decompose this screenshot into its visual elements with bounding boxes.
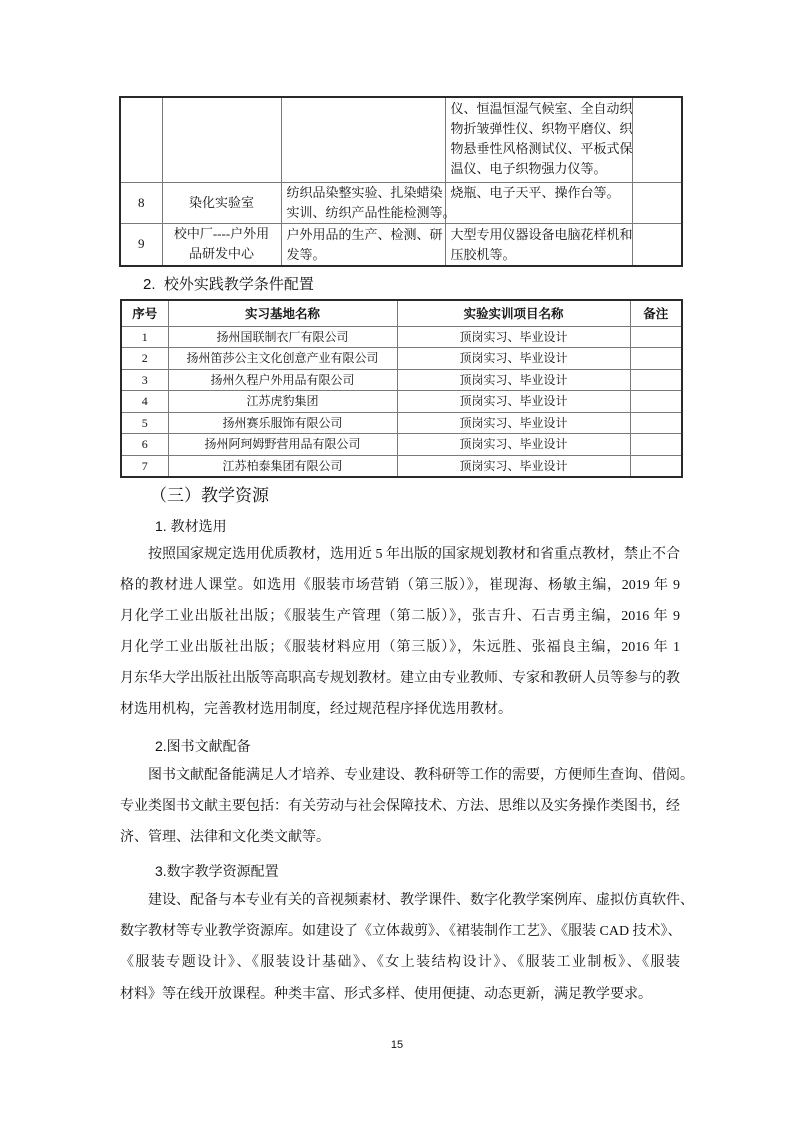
equipment-list: 大型专用仪器设备电脑花样机和 压胶机等。	[445, 223, 632, 266]
paragraph-line: 《服装专题设计》、《服装设计基础》、《女上装结构设计》、《服装工业制板》、《服装	[120, 947, 680, 978]
table-row: 6 扬州阿珂姆野营用品有限公司 顶岗实习、毕业设计	[121, 434, 682, 456]
note-cell	[630, 455, 682, 477]
training-project: 纺织品染整实验、扎染蜡染 实训、纺织产品性能检测等。	[281, 182, 445, 223]
note-cell	[632, 182, 682, 223]
row-number: 3	[121, 369, 168, 391]
note-cell	[630, 391, 682, 413]
note-cell	[632, 97, 682, 182]
paragraph-line: 图书文献配备能满足人才培养、专业建设、教科研等工作的需要，方便师生查询、借阅。	[148, 760, 680, 791]
table-row: 4 江苏虎豹集团 顶岗实习、毕业设计	[121, 391, 682, 413]
paragraph-line: 材料》等在线开放课程。种类丰富、形式多样、使用便捷、动态更新，满足教学要求。	[120, 979, 680, 1010]
row-number: 1	[121, 326, 168, 348]
equipment-line: 物折皱弹性仪、织物平磨仪、织	[451, 119, 627, 139]
note-cell	[630, 326, 682, 348]
table-header-row: 序号 实习基地名称 实验实训项目名称 备注	[121, 300, 682, 326]
header-base-name: 实习基地名称	[168, 300, 397, 326]
header-number: 序号	[121, 300, 168, 326]
section-heading-teaching-resources: （三）教学资源	[150, 481, 269, 506]
row-number: 7	[121, 455, 168, 477]
paragraph-line: 月化学工业出版社出版；《服装生产管理（第二版）》，张吉升、石吉勇主编，2016 …	[120, 601, 680, 632]
table-row: 3 扬州久程户外用品有限公司 顶岗实习、毕业设计	[121, 369, 682, 391]
note-cell	[632, 223, 682, 266]
equipment-list: 烧瓶、电子天平、操作台等。	[445, 182, 632, 223]
paragraph-line: 数字教材等专业教学资源库。如建设了《立体裁剪》、《裙装制作工艺》、《服装 CAD…	[120, 916, 680, 947]
lab-equipment-table: 仪、恒温恒湿气候室、全自动织 物折皱弹性仪、织物平磨仪、织 物悬垂性风格测试仪、…	[119, 96, 683, 267]
base-name: 扬州久程户外用品有限公司	[168, 369, 397, 391]
note-cell	[630, 434, 682, 456]
table-row: 9 校中厂----户外用 品研发中心 户外用品的生产、检测、研 发等。 大型专用…	[120, 223, 682, 266]
base-name: 江苏虎豹集团	[168, 391, 397, 413]
base-name: 扬州笛莎公主文化创意产业有限公司	[168, 348, 397, 370]
project-name: 顶岗实习、毕业设计	[397, 434, 630, 456]
table-row: 8 染化实验室 纺织品染整实验、扎染蜡染 实训、纺织产品性能检测等。 烧瓶、电子…	[120, 182, 682, 223]
equipment-list: 仪、恒温恒湿气候室、全自动织 物折皱弹性仪、织物平磨仪、织 物悬垂性风格测试仪、…	[445, 97, 632, 182]
note-cell	[630, 412, 682, 434]
note-cell	[630, 348, 682, 370]
project-name: 顶岗实习、毕业设计	[397, 455, 630, 477]
project-name: 顶岗实习、毕业设计	[397, 391, 630, 413]
project-name: 顶岗实习、毕业设计	[397, 412, 630, 434]
project-name: 顶岗实习、毕业设计	[397, 326, 630, 348]
base-name: 扬州阿珂姆野营用品有限公司	[168, 434, 397, 456]
row-number: 6	[121, 434, 168, 456]
row-number: 9	[120, 223, 162, 266]
table-row: 7 江苏柏泰集团有限公司 顶岗实习、毕业设计	[121, 455, 682, 477]
paragraph-line: 材选用机构，完善教材选用制度，经过规范程序择优选用教材。	[120, 694, 680, 725]
row-number	[120, 97, 162, 182]
row-number: 4	[121, 391, 168, 413]
table-row: 仪、恒温恒湿气候室、全自动织 物折皱弹性仪、织物平磨仪、织 物悬垂性风格测试仪、…	[120, 97, 682, 182]
row-number: 2	[121, 348, 168, 370]
paragraph-line: 按照国家规定选用优质教材，选用近 5 年出版的国家规划教材和省重点教材，禁止不合	[148, 539, 680, 570]
item-heading-digital-resources: 3.数字教学资源配置	[155, 861, 279, 881]
paragraph-line: 月东华大学出版社出版等高职高专规划教材。建立由专业教师、专家和教研人员等参与的教	[120, 663, 680, 694]
training-project	[281, 97, 445, 182]
base-name: 扬州赛乐服饰有限公司	[168, 412, 397, 434]
page-number: 15	[0, 1039, 794, 1051]
table-row: 2 扬州笛莎公主文化创意产业有限公司 顶岗实习、毕业设计	[121, 348, 682, 370]
offcampus-base-table: 序号 实习基地名称 实验实训项目名称 备注 1 扬州国联制衣厂有限公司 顶岗实习…	[120, 299, 683, 478]
equipment-line: 物悬垂性风格测试仪、平板式保	[451, 139, 627, 159]
project-name: 顶岗实习、毕业设计	[397, 348, 630, 370]
paragraph-line: 专业类图书文献主要包括：有关劳动与社会保障技术、方法、思维以及实务操作类图书，经	[120, 791, 680, 822]
lab-name: 染化实验室	[162, 182, 281, 223]
base-name: 扬州国联制衣厂有限公司	[168, 326, 397, 348]
table-row: 5 扬州赛乐服饰有限公司 顶岗实习、毕业设计	[121, 412, 682, 434]
project-name: 顶岗实习、毕业设计	[397, 369, 630, 391]
paragraph-line: 月化学工业出版社出版；《服装材料应用（第三版）》，朱远胜、张福良主编，2016 …	[120, 632, 680, 663]
equipment-line: 温仪、电子织物强力仪等。	[451, 159, 627, 179]
row-number: 5	[121, 412, 168, 434]
item-heading-textbooks: 1. 教材选用	[155, 516, 227, 536]
item-heading-library: 2.图书文献配备	[155, 736, 251, 756]
paragraph-line: 济、管理、法律和文化类文献等。	[120, 822, 680, 853]
row-number: 8	[120, 182, 162, 223]
equipment-line: 仪、恒温恒湿气候室、全自动织	[451, 99, 627, 119]
paragraph-line: 建设、配备与本专业有关的音视频素材、教学课件、数字化教学案例库、虚拟仿真软件、	[148, 885, 680, 916]
table-row: 1 扬州国联制衣厂有限公司 顶岗实习、毕业设计	[121, 326, 682, 348]
base-name: 江苏柏泰集团有限公司	[168, 455, 397, 477]
lab-name	[162, 97, 281, 182]
header-note: 备注	[630, 300, 682, 326]
header-project-name: 实验实训项目名称	[397, 300, 630, 326]
training-project: 户外用品的生产、检测、研 发等。	[281, 223, 445, 266]
section-heading-offcampus: 2. 校外实践教学条件配置	[143, 273, 314, 294]
note-cell	[630, 369, 682, 391]
lab-name: 校中厂----户外用 品研发中心	[162, 223, 281, 266]
paragraph-line: 格的教材进人课堂。如选用《服装市场营销（第三版）》，崔现海、杨敏主编，2019 …	[120, 570, 680, 601]
